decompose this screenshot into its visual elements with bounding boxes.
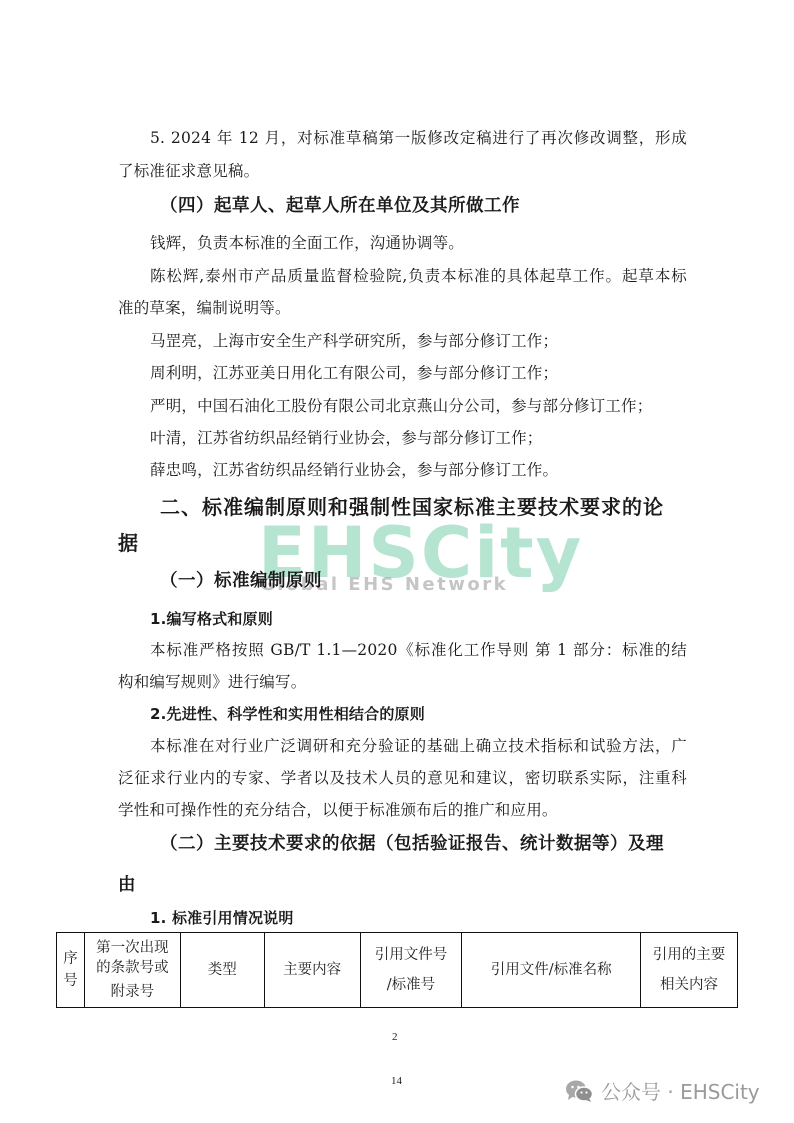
header-text: 引用文件号: [363, 940, 460, 970]
header-related-content: 引用的主要 相关内容: [641, 933, 738, 1008]
paragraph-5-line-1: 5. 2024 年 12 月，对标准草稿第一版修改定稿进行了再次修改调整，形成: [150, 128, 687, 148]
subsection-one-heading: （一）标准编制原则: [160, 571, 322, 591]
subsection-two-item-1-heading: 1. 标准引用情况说明: [150, 908, 294, 928]
header-text: 类型: [183, 959, 262, 981]
header-serial-number: 序 号: [57, 933, 85, 1008]
header-text: 的条款号或: [87, 958, 178, 978]
header-text: 第一次出现: [87, 938, 178, 958]
footer-brand-text: 公众号 · EHSCity: [601, 1076, 760, 1105]
item-2-line-3: 学性和可操作性的充分结合，以便于标准颁布后的推广和应用。: [118, 800, 558, 820]
drafter-line: 严明，中国石油化工股份有限公司北京燕山分公司，参与部分修订工作；: [150, 396, 652, 416]
header-text: 相关内容: [643, 970, 735, 1000]
paragraph-5-line-2: 了标准征求意见稿。: [118, 161, 259, 181]
drafter-line: 陈松辉,泰州市产品质量监督检验院,负责本标准的具体起草工作。起草本标: [150, 266, 687, 286]
footer-brand: 公众号 · EHSCity: [565, 1076, 760, 1105]
drafter-line: 薛忠鸣，江苏省纺织品经销行业协会，参与部分修订工作。: [150, 460, 558, 480]
drafter-line: 周利明，江苏亚美日用化工有限公司，参与部分修订工作；: [150, 363, 558, 383]
chapter-two-heading-line-2: 据: [118, 530, 139, 556]
chapter-two-heading-line-1: 二、标准编制原则和强制性国家标准主要技术要求的论: [160, 494, 664, 520]
item-1-line-2: 构和编写规则》进行编写。: [118, 672, 306, 692]
wechat-icon: [565, 1079, 593, 1103]
inner-page-number: 2: [392, 1031, 398, 1043]
item-2-line-1: 本标准在对行业广泛调研和充分验证的基础上确立技术指标和试验方法，广: [150, 736, 687, 756]
drafter-line: 叶清，江苏省纺织品经销行业协会，参与部分修订工作；: [150, 428, 543, 448]
header-reference-name: 引用文件/标准名称: [462, 933, 641, 1008]
reference-table: 序 号 第一次出现 的条款号或 附录号 类型 主要内容 引用文件号 /标准号 引…: [56, 932, 738, 1008]
header-text: 主要内容: [267, 959, 358, 981]
item-1-line-1: 本标准严格按照 GB/T 1.1—2020《标准化工作导则 第 1 部分：标准的…: [150, 640, 687, 660]
item-2-line-2: 泛征求行业内的专家、学者以及技术人员的意见和建议，密切联系实际，注重科: [118, 768, 687, 788]
section-four-heading: （四）起草人、起草人所在单位及其所做工作: [160, 196, 520, 216]
item-2-heading: 2.先进性、科学性和实用性相结合的原则: [150, 704, 425, 724]
header-text: /标准号: [363, 970, 460, 1000]
subsection-two-heading-line-1: （二）主要技术要求的依据（包括验证报告、统计数据等）及理: [160, 832, 664, 856]
outer-page-number: 14: [391, 1075, 402, 1087]
drafter-line: 马罡亮，上海市安全生产科学研究所，参与部分修订工作；: [150, 331, 558, 351]
drafter-line: 钱辉，负责本标准的全面工作，沟通协调等。: [150, 233, 464, 253]
header-text: 引用文件/标准名称: [464, 959, 638, 981]
header-reference-number: 引用文件号 /标准号: [360, 933, 462, 1008]
header-first-clause: 第一次出现 的条款号或 附录号: [84, 933, 180, 1008]
header-main-content: 主要内容: [264, 933, 360, 1008]
subsection-two-heading-line-2: 由: [118, 873, 136, 897]
header-text: 号: [59, 970, 82, 992]
table-header-row: 序 号 第一次出现 的条款号或 附录号 类型 主要内容 引用文件号 /标准号 引…: [57, 933, 738, 1008]
drafter-line: 准的草案，编制说明等。: [118, 298, 291, 318]
header-text: 引用的主要: [643, 940, 735, 970]
header-text: 附录号: [87, 982, 178, 1002]
header-text: 序: [59, 948, 82, 970]
header-type: 类型: [180, 933, 264, 1008]
item-1-heading: 1.编写格式和原则: [150, 609, 273, 629]
